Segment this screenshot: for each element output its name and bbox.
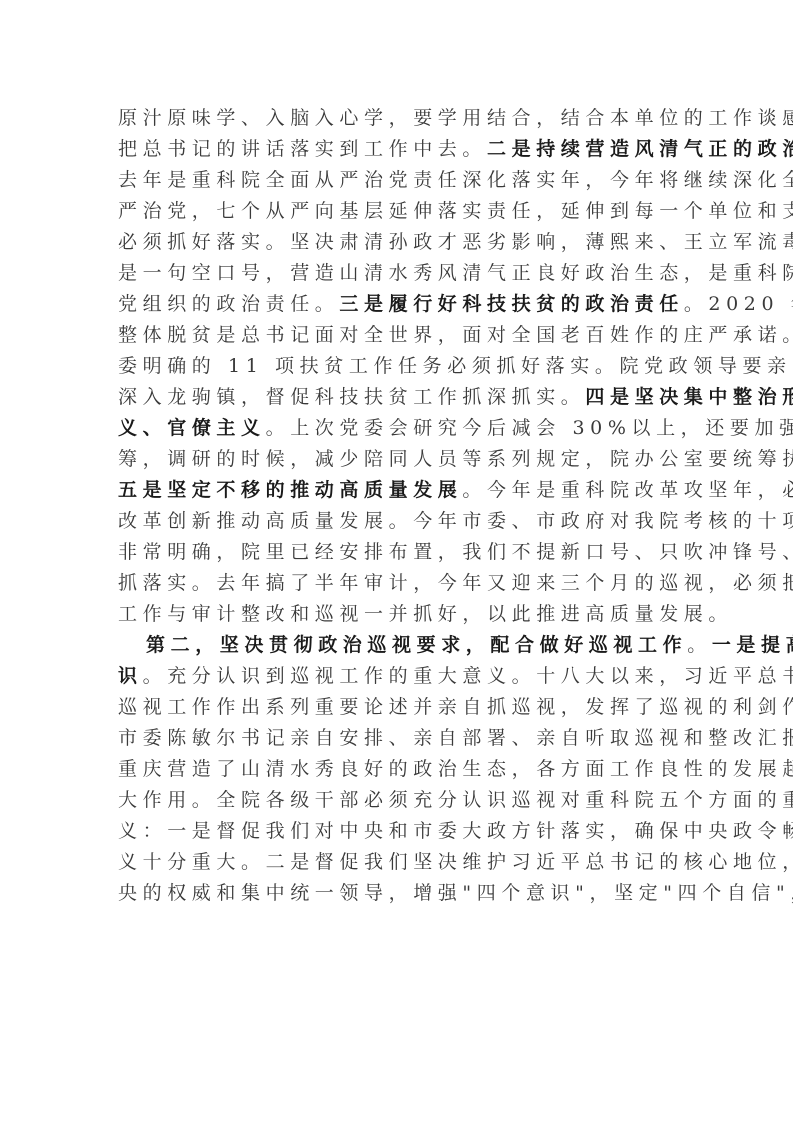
text-line: 市委陈敏尔书记亲自安排、亲自部署、亲自听取巡视和整改汇报，为 xyxy=(118,723,708,754)
body-text: 非常明确，院里已经安排布置，我们不提新口号、只吹冲锋号、关键 xyxy=(118,541,793,563)
body-text: 央的权威和集中统一领导，增强"四个意识"，坚定"四个自信"，做到" xyxy=(118,882,793,904)
body-text: 党组织的政治责任。 xyxy=(118,293,339,315)
text-line: 去年是重科院全面从严治党责任深化落实年，今年将继续深化全面从 xyxy=(118,165,708,196)
text-line: 深入龙驹镇，督促科技扶贫工作抓深抓实。四是坚决集中整治形式主 xyxy=(118,382,708,413)
body-text: 工作与审计整改和巡视一并抓好，以此推进高质量发展。 xyxy=(118,603,733,625)
text-line: 委明确的 11 项扶贫工作任务必须抓好落实。院党政领导要亲自带队 xyxy=(118,351,708,382)
bold-heading-text: 一是提高认 xyxy=(712,634,793,656)
body-text: 。2020 年全国 xyxy=(684,293,793,315)
text-line: 识。充分认识到巡视工作的重大意义。十八大以来，习近平总书记对 xyxy=(118,661,708,692)
text-line: 把总书记的讲话落实到工作中去。二是持续营造风清气正的政治生态。 xyxy=(118,134,708,165)
body-text: 筹，调研的时候，减少陪同人员等系列规定，院办公室要统筹执行好。 xyxy=(118,448,793,470)
text-line: 非常明确，院里已经安排布置，我们不提新口号、只吹冲锋号、关键 xyxy=(118,537,708,568)
body-text: 去年是重科院全面从严治党责任深化落实年，今年将继续深化全面从 xyxy=(118,169,793,191)
text-line: 严治党，七个从严向基层延伸落实责任，延伸到每一个单位和支部， xyxy=(118,196,708,227)
bold-heading-text: 四是坚决集中整治形式主 xyxy=(585,386,793,408)
body-text: 改革创新推动高质量发展。今年市委、市政府对我院考核的十项任务 xyxy=(118,510,793,532)
text-line: 五是坚定不移的推动高质量发展。今年是重科院改革攻坚年，必须用 xyxy=(118,475,708,506)
body-text: 原汁原味学、入脑入心学，要学用结合，结合本单位的工作谈感受， xyxy=(118,107,793,129)
body-text: 巡视工作作出系列重要论述并亲自抓巡视，发挥了巡视的利剑作用。 xyxy=(118,696,793,718)
text-line: 原汁原味学、入脑入心学，要学用结合，结合本单位的工作谈感受， xyxy=(118,103,708,134)
bold-heading-text: 五是坚定不移的推动高质量发展 xyxy=(118,479,462,501)
body-text: 必须抓好落实。坚决肃清孙政才恶劣影响，薄熙来、王立军流毒，不 xyxy=(118,231,793,253)
text-line: 第二，坚决贯彻政治巡视要求，配合做好巡视工作。一是提高认 xyxy=(118,630,708,661)
text-line: 抓落实。去年搞了半年审计，今年又迎来三个月的巡视，必须把日常 xyxy=(118,568,708,599)
body-text: 。充分认识到巡视工作的重大意义。十八大以来，习近平总书记对 xyxy=(143,665,793,687)
text-line: 筹，调研的时候，减少陪同人员等系列规定，院办公室要统筹执行好。 xyxy=(118,444,708,475)
body-text: 抓落实。去年搞了半年审计，今年又迎来三个月的巡视，必须把日常 xyxy=(118,572,793,594)
text-line: 是一句空口号，营造山清水秀风清气正良好政治生态，是重科院各级 xyxy=(118,258,708,289)
text-line: 巡视工作作出系列重要论述并亲自抓巡视，发挥了巡视的利剑作用。 xyxy=(118,692,708,723)
text-line: 央的权威和集中统一领导，增强"四个意识"，坚定"四个自信"，做到" xyxy=(118,878,708,909)
bold-heading-text: 二是持续营造风清气正的政治生态 xyxy=(487,138,793,160)
text-line: 义、官僚主义。上次党委会研究今后减会 30%以上，还要加强会议统 xyxy=(118,413,708,444)
body-text: 委明确的 11 项扶贫工作任务必须抓好落实。院党政领导要亲自带队 xyxy=(118,355,793,377)
body-text: 深入龙驹镇，督促科技扶贫工作抓深抓实。 xyxy=(118,386,585,408)
body-text: 把总书记的讲话落实到工作中去。 xyxy=(118,138,487,160)
bold-heading-text: 义、官僚主义 xyxy=(118,417,266,439)
body-text: 重庆营造了山清水秀良好的政治生态，各方面工作良性的发展起到巨 xyxy=(118,758,793,780)
document-body: 原汁原味学、入脑入心学，要学用结合，结合本单位的工作谈感受，把总书记的讲话落实到… xyxy=(118,103,708,909)
text-line: 义十分重大。二是督促我们坚决维护习近平总书记的核心地位，党中 xyxy=(118,847,708,878)
bold-heading-text: 第二，坚决贯彻政治巡视要求，配合做好巡视工作 xyxy=(146,634,687,656)
body-text: 。今年是重科院改革攻坚年，必须用 xyxy=(462,479,793,501)
body-text: 严治党，七个从严向基层延伸落实责任，延伸到每一个单位和支部， xyxy=(118,200,793,222)
body-text: 市委陈敏尔书记亲自安排、亲自部署、亲自听取巡视和整改汇报，为 xyxy=(118,727,793,749)
body-text: 大作用。全院各级干部必须充分认识巡视对重科院五个方面的重大意 xyxy=(118,789,793,811)
bold-heading-text: 三是履行好科技扶贫的政治责任 xyxy=(339,293,683,315)
text-line: 工作与审计整改和巡视一并抓好，以此推进高质量发展。 xyxy=(118,599,708,630)
body-text: 。上次党委会研究今后减会 30%以上，还要加强会议统 xyxy=(266,417,793,439)
body-text: 。 xyxy=(687,634,712,656)
bold-heading-text: 识 xyxy=(118,665,143,687)
text-line: 党组织的政治责任。三是履行好科技扶贫的政治责任。2020 年全国 xyxy=(118,289,708,320)
body-text: 是一句空口号，营造山清水秀风清气正良好政治生态，是重科院各级 xyxy=(118,262,793,284)
text-line: 大作用。全院各级干部必须充分认识巡视对重科院五个方面的重大意 xyxy=(118,785,708,816)
body-text: 整体脱贫是总书记面对全世界，面对全国老百姓作的庄严承诺。院党 xyxy=(118,324,793,346)
text-line: 义：一是督促我们对中央和市委大政方针落实，确保中央政令畅通意 xyxy=(118,816,708,847)
text-line: 重庆营造了山清水秀良好的政治生态，各方面工作良性的发展起到巨 xyxy=(118,754,708,785)
body-text: 义十分重大。二是督促我们坚决维护习近平总书记的核心地位，党中 xyxy=(118,851,793,873)
text-line: 必须抓好落实。坚决肃清孙政才恶劣影响，薄熙来、王立军流毒，不 xyxy=(118,227,708,258)
text-line: 整体脱贫是总书记面对全世界，面对全国老百姓作的庄严承诺。院党 xyxy=(118,320,708,351)
text-line: 改革创新推动高质量发展。今年市委、市政府对我院考核的十项任务 xyxy=(118,506,708,537)
body-text: 义：一是督促我们对中央和市委大政方针落实，确保中央政令畅通意 xyxy=(118,820,793,842)
